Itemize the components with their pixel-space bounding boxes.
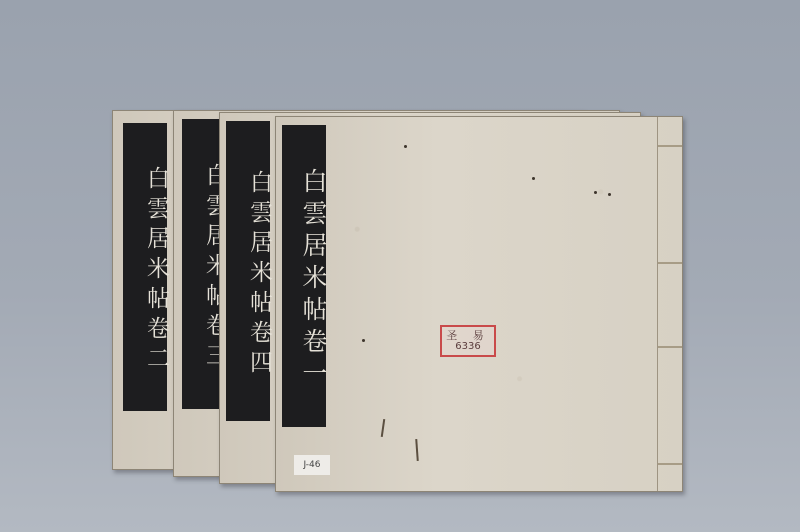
paper-speck bbox=[404, 145, 407, 148]
paper-speck bbox=[362, 339, 365, 342]
title-slip-volume-1: 白雲居米帖卷一 bbox=[282, 125, 326, 427]
paper-wormhole bbox=[381, 419, 385, 437]
seal-line-1: 圣 易 bbox=[446, 330, 490, 342]
catalog-label: J-46 bbox=[294, 455, 330, 475]
book-volume-1: 白雲居米帖卷一 圣 易 6336 J-46 bbox=[275, 116, 683, 492]
collection-seal: 圣 易 6336 bbox=[440, 325, 496, 357]
binding-stitch bbox=[658, 262, 682, 264]
title-slip-volume-2: 白雲居米帖卷二 bbox=[123, 123, 167, 411]
photo-scene: 白雲居米帖卷二 白雲居米帖卷三 白雲居米帖卷四 白雲居米帖卷一 圣 易 6336… bbox=[0, 0, 800, 532]
seal-line-2: 6336 bbox=[455, 342, 480, 353]
title-slip-volume-4: 白雲居米帖卷四 bbox=[226, 121, 270, 421]
binding-stitch bbox=[658, 346, 682, 348]
paper-wormhole bbox=[415, 439, 419, 461]
binding-stitch bbox=[658, 145, 682, 147]
paper-speck bbox=[594, 191, 597, 194]
paper-speck bbox=[608, 193, 611, 196]
binding-stitch bbox=[658, 463, 682, 465]
binding-spine bbox=[657, 117, 682, 491]
paper-speck bbox=[532, 177, 535, 180]
